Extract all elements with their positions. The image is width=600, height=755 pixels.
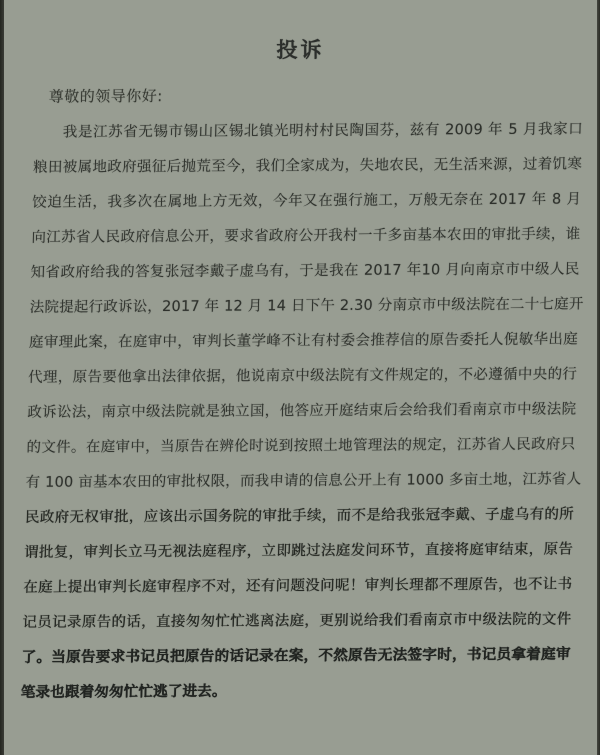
body-line: 了。当原告要求书记员把原告的话记录在案，不然原告无法签字时，书记员拿着庭审 xyxy=(21,638,571,676)
body-line: 谓批复，审判长立马无视法庭程序，立即跳过法庭发问环节，直接将庭审结束，原告 xyxy=(24,533,574,571)
body-text: 我是江苏省无锡市锡山区锡北镇光明村村民陶国芬，兹有 2009 年 5 月我家口粮… xyxy=(0,112,583,711)
paper-sheet: 投诉 尊敬的领导你好: 我是江苏省无锡市锡山区锡北镇光明村村民陶国芬，兹有 20… xyxy=(4,0,597,755)
photo-background: 投诉 尊敬的领导你好: 我是江苏省无锡市锡山区锡北镇光明村村民陶国芬，兹有 20… xyxy=(0,0,600,755)
body-line: 知省政府给我的答复张冠李戴子虚乌有，于是我在 2017 年10 月向南京市中级人… xyxy=(30,252,580,290)
salutation-line: 尊敬的领导你好: xyxy=(3,82,597,108)
document-title: 投诉 xyxy=(4,32,597,65)
body-line: 民政府无权审批，应该出示国务院的审批手续，而不是给我张冠李戴、子虚乌有的所 xyxy=(24,498,574,536)
body-line: 笔录也跟着匆匆忙忙逃了进去。 xyxy=(20,673,570,711)
letter-body: 尊敬的领导你好: 我是江苏省无锡市锡山区锡北镇光明村村民陶国芬，兹有 2009 … xyxy=(0,82,597,711)
body-line: 代理，原告要他拿出法律依据，他说南京中级法院有文件规定的，不必遵循中央的行 xyxy=(28,358,578,396)
body-line: 政诉讼法，南京中级法院就是独立国，他答应开庭结束后会给我们看南京市中级法院 xyxy=(27,393,577,431)
body-line: 有 100 亩基本农田的审批权限，而我申请的信息公开上有 1000 多亩土地，江… xyxy=(25,463,575,501)
body-line: 在庭上提出审判长庭审程序不对，还有问题没问呢！审判长理都不理原告，也不让书 xyxy=(23,568,573,606)
body-line: 庭审理此案，在庭审中，审判长董学峰不让有村委会推荐信的原告委托人倪敏华出庭 xyxy=(29,322,579,360)
body-line: 粮田被属地政府强征后抛荒至今，我们全家成为，失地农民，无生活来源，过着饥寒 xyxy=(33,147,583,185)
body-line: 的文件。在庭审中，当原告在辨伦时说到按照土地管理法的规定，江苏省人民政府只 xyxy=(26,428,576,466)
body-line: 法院提起行政诉讼，2017 年 12 月 14 日下午 2.30 分南京市中级法… xyxy=(29,287,579,325)
body-line: 记员记录原告的话，直接匆匆忙忙逃离法庭，更别说给我们看南京市中级法院的文件 xyxy=(22,603,572,641)
body-line: 我是江苏省无锡市锡山区锡北镇光明村村民陶国芬，兹有 2009 年 5 月我家口 xyxy=(33,112,583,150)
body-line: 向江苏省人民政府信息公开，要求省政府公开我村一千多亩基本农田的审批手续，谁 xyxy=(31,217,581,255)
body-line: 饺迫生活，我多次在属地上方无效，今年又在强行施工，万般无奈在 2017 年 8 … xyxy=(32,182,582,220)
